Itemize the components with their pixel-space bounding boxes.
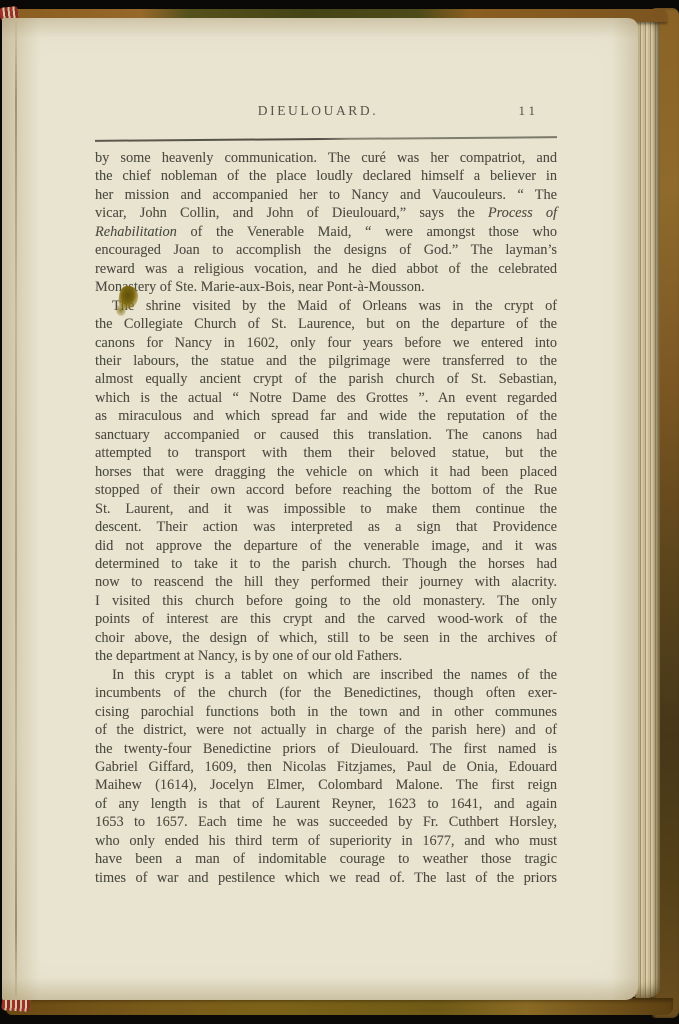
text-line: encouraged Joan to accomplish the design… bbox=[95, 241, 557, 259]
running-header: DIEULOUARD. 11 bbox=[95, 103, 557, 123]
book-page: DIEULOUARD. 11 by some heavenly communic… bbox=[2, 18, 638, 1000]
text-line: Gabriel Giffard, 1609, then Nicolas Fitz… bbox=[95, 758, 557, 776]
text-line: as miraculous and which spread far and w… bbox=[95, 407, 557, 425]
text-line: incumbents of the church (for the Benedi… bbox=[95, 684, 557, 702]
text-line: vicar, John Collin, and John of Dieuloua… bbox=[95, 204, 557, 222]
text-line: reward was a religious vocation, and he … bbox=[95, 260, 557, 278]
text-line: descent. Their action was interpreted as… bbox=[95, 518, 557, 536]
text-line: who only ended his third term of superio… bbox=[95, 832, 557, 850]
text-line: horses that were dragging the vehicle on… bbox=[95, 463, 557, 481]
text-line: by some heavenly communication. The curé… bbox=[95, 149, 557, 167]
text-line: the Collegiate Church of St. Laurence, b… bbox=[95, 315, 557, 333]
text-line: the twenty-four Benedictine priors of Di… bbox=[95, 740, 557, 758]
text-line: of the district, were not actually in ch… bbox=[95, 721, 557, 739]
text-line: the chief nobleman of the place loudly d… bbox=[95, 167, 557, 185]
text-line: which is the actual “ Notre Dame des Gro… bbox=[95, 389, 557, 407]
text-line: Monastery of Ste. Marie-aux-Bois, near P… bbox=[95, 278, 557, 296]
bottom-binding-edge bbox=[6, 998, 673, 1015]
header-rule bbox=[95, 136, 557, 142]
page-number: 11 bbox=[518, 103, 539, 119]
page-header-title: DIEULOUARD. bbox=[95, 103, 541, 119]
text-line: 1653 to 1657. Each time he was succeeded… bbox=[95, 813, 557, 831]
body-text: by some heavenly communication. The curé… bbox=[95, 149, 557, 887]
text-line: her mission and accompanied her to Nancy… bbox=[95, 186, 557, 204]
text-line: I visited this church before going to th… bbox=[95, 592, 557, 610]
text-line: determined to take it to the parish chur… bbox=[95, 555, 557, 573]
text-line: canons for Nancy in 1602, only four year… bbox=[95, 334, 557, 352]
text-line: cising parochial functions both in the t… bbox=[95, 703, 557, 721]
gutter-crease bbox=[15, 22, 17, 996]
text-line: Rehabilitation of the Venerable Maid, “ … bbox=[95, 223, 557, 241]
text-line: have been a man of indomitable courage t… bbox=[95, 850, 557, 868]
text-line: St. Laurent, and it was impossible to ma… bbox=[95, 500, 557, 518]
text-line: did not approve the departure of the ven… bbox=[95, 537, 557, 555]
text-line: their labours, the statue and the pilgri… bbox=[95, 352, 557, 370]
text-line: of any length is that of Laurent Reyner,… bbox=[95, 795, 557, 813]
text-line: stopped of their own accord before reach… bbox=[95, 481, 557, 499]
text-line: attempted to transport with them their b… bbox=[95, 444, 557, 462]
text-line: almost equally ancient crypt of the pari… bbox=[95, 370, 557, 388]
book-scan-photo: DIEULOUARD. 11 by some heavenly communic… bbox=[0, 0, 679, 1024]
ink-stain-tail bbox=[116, 304, 126, 316]
text-line: The shrine visited by the Maid of Orlean… bbox=[95, 297, 557, 315]
text-line: now to reascend the hill they performed … bbox=[95, 573, 557, 591]
text-line: In this crypt is a tablet on which are i… bbox=[95, 666, 557, 684]
text-line: the department at Nancy, is by one of ou… bbox=[95, 647, 557, 665]
text-line: sanctuary accompanied or caused this tra… bbox=[95, 426, 557, 444]
text-line: choir above, the design of which, still … bbox=[95, 629, 557, 647]
text-line: points of interest are this crypt and th… bbox=[95, 610, 557, 628]
text-line: Maihew (1614), Jocelyn Elmer, Colombard … bbox=[95, 776, 557, 794]
text-line: times of war and pestilence which we rea… bbox=[95, 869, 557, 887]
